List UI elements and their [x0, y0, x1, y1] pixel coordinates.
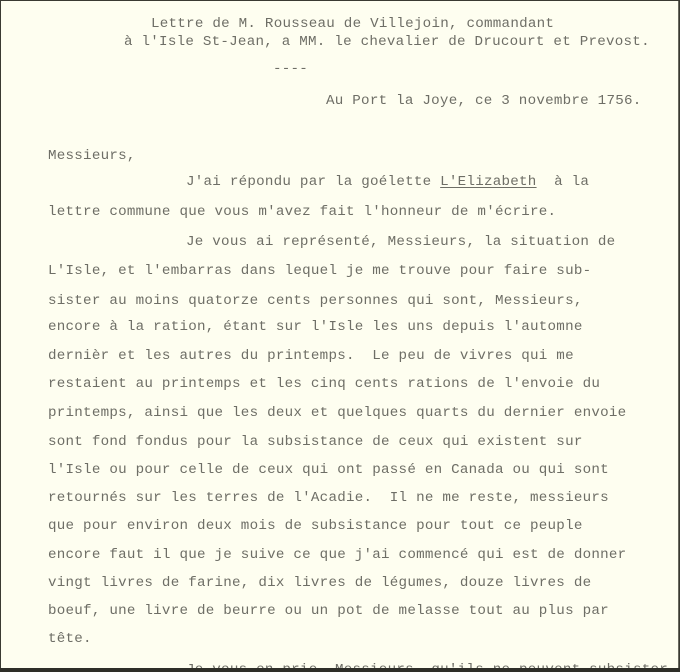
body-line: que pour environ deux mois de subsistanc…	[48, 518, 583, 534]
body-line: encore à la ration, étant sur l'Isle les…	[48, 319, 583, 335]
body-line: boeuf, une livre de beurre ou un pot de …	[48, 603, 609, 619]
body-line: L'Isle, et l'embarras dans lequel je me …	[48, 263, 591, 279]
body-line: sont fond fondus pour la subsistance de …	[48, 434, 583, 450]
paragraph-1-line-2: lettre commune que vous m'avez fait l'ho…	[48, 204, 556, 220]
text-span: J'ai répondu par la goélette	[186, 174, 440, 190]
paragraph-1-line-1: J'ai répondu par la goélette L'Elizabeth…	[186, 174, 589, 190]
body-line: dernièr et les autres du printemps. Le p…	[48, 348, 574, 364]
body-line: printemps, ainsi que les deux et quelque…	[48, 405, 626, 421]
body-line: sister au moins quatorze cents personnes…	[48, 293, 583, 309]
salutation: Messieurs,	[48, 148, 136, 164]
body-line: tête.	[48, 631, 92, 647]
ship-name: L'Elizabeth	[440, 174, 536, 190]
dateline: Au Port la Joye, ce 3 novembre 1756.	[326, 93, 642, 109]
body-line: vingt livres de farine, dix livres de lé…	[48, 575, 591, 591]
body-line: retournés sur les terres de l'Acadie. Il…	[48, 490, 609, 506]
body-line: restaient au printemps et les cinq cents…	[48, 376, 600, 392]
letter-heading-line-2: à l'Isle St-Jean, a MM. le chevalier de …	[124, 34, 650, 50]
typewritten-letter-page: Lettre de M. Rousseau de Villejoin, comm…	[1, 1, 679, 670]
bottom-border	[0, 668, 680, 672]
letter-heading-line-1: Lettre de M. Rousseau de Villejoin, comm…	[151, 16, 554, 32]
body-line: Je vous ai représenté, Messieurs, la sit…	[186, 234, 615, 250]
text-span: à la	[537, 174, 590, 190]
heading-separator: ----	[273, 61, 308, 77]
body-line: l'Isle ou pour celle de ceux qui ont pas…	[48, 462, 609, 478]
body-line: encore faut il que je suive ce que j'ai …	[48, 547, 626, 563]
